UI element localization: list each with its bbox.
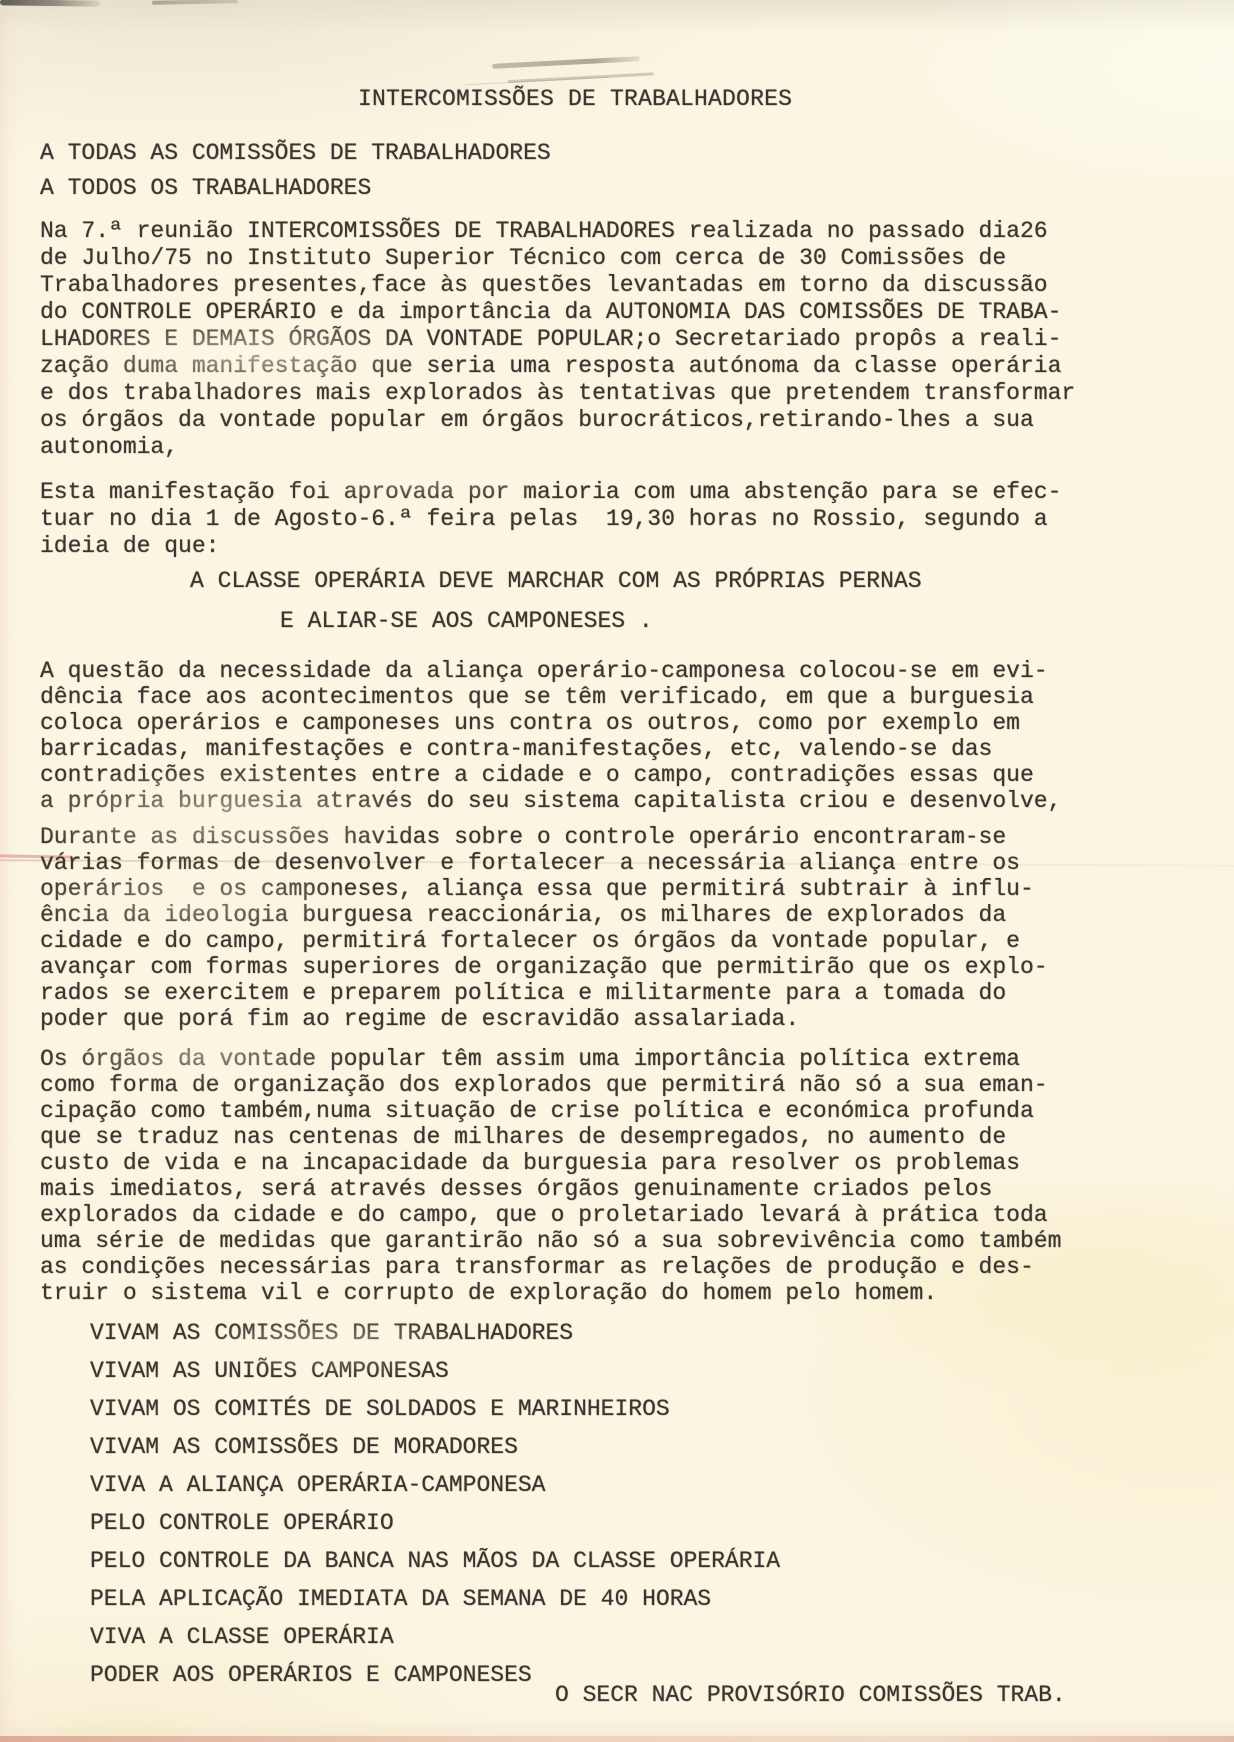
text-line: operários e os camponeses, aliança essa … [40,876,1196,902]
slogan-heading-line1: A CLASSE OPERÁRIA DEVE MARCHAR COM AS PR… [190,568,1196,594]
document-title: INTERCOMISSÕES DE TRABALHADORES [358,86,1196,112]
text-line: os órgãos da vontade popular em órgãos b… [40,407,1196,434]
text-line: LHADORES E DEMAIS ÓRGÃOS DA VONTADE POPU… [40,326,1196,353]
text-line: explorados da cidade e do campo, que o p… [40,1202,1196,1228]
text-line: coloca operários e camponeses uns contra… [40,710,1196,736]
text-line: dência face aos acontecimentos que se tê… [40,684,1196,710]
text-line: ideia de que: [40,533,1196,560]
text-line: autonomia, [40,434,1196,461]
text-line: contradições existentes entre a cidade e… [40,762,1196,788]
text-line: que se traduz nas centenas de milhares d… [40,1124,1196,1150]
paragraph-organs: Os órgãos da vontade popular têm assim u… [40,1046,1196,1306]
scan-edge [0,1736,1234,1742]
text-line: do CONTROLE OPERÁRIO e da importância da… [40,299,1196,326]
slogan-item: VIVAM OS COMITÉS DE SOLDADOS E MARINHEIR… [90,1390,1196,1428]
text-line: e dos trabalhadores mais explorados às t… [40,380,1196,407]
slogan-item: VIVAM AS COMISSÕES DE TRABALHADORES [90,1314,1196,1352]
text-line: Os órgãos da vontade popular têm assim u… [40,1046,1196,1072]
salutation: A TODAS AS COMISSÕES DE TRABALHADORESA T… [40,136,1196,206]
text-line: custo de vida e na incapacidade da burgu… [40,1150,1196,1176]
paragraph-discussions: Durante as discussões havidas sobre o co… [40,824,1196,1032]
text-line: Esta manifestação foi aprovada por maior… [40,479,1196,506]
text-line: poder que porá fim ao regime de escravid… [40,1006,1196,1032]
salutation-line: A TODOS OS TRABALHADORES [40,171,1196,206]
text-line: mais imediatos, será através desses órgã… [40,1176,1196,1202]
slogan-item: VIVA A CLASSE OPERÁRIA [90,1618,1196,1656]
text-line: avançar com formas superiores de organiz… [40,954,1196,980]
slogan-item: VIVA A ALIANÇA OPERÁRIA-CAMPONESA [90,1466,1196,1504]
text-line: zação duma manifestação que seria uma re… [40,353,1196,380]
slogan-list: VIVAM AS COMISSÕES DE TRABALHADORESVIVAM… [90,1314,1196,1694]
text-line: A questão da necessidade da aliança oper… [40,658,1196,684]
slogan-item: VIVAM AS UNIÕES CAMPONESAS [90,1352,1196,1390]
text-line: as condições necessárias para transforma… [40,1254,1196,1280]
paragraph-demonstration: Esta manifestação foi aprovada por maior… [40,479,1196,560]
slogan-item: PELO CONTROLE OPERÁRIO [90,1504,1196,1542]
text-line: cidade e do campo, permitirá fortalecer … [40,928,1196,954]
text-line: Na 7.ª reunião INTERCOMISSÕES DE TRABALH… [40,218,1196,245]
text-line: uma série de medidas que garantirão não … [40,1228,1196,1254]
slogan-heading-line2: E ALIAR-SE AOS CAMPONESES . [280,608,1196,634]
text-line: a própria burguesia através do seu siste… [40,788,1196,814]
text-line: tuar no dia 1 de Agosto-6.ª feira pelas … [40,506,1196,533]
salutation-line: A TODAS AS COMISSÕES DE TRABALHADORES [40,136,1196,171]
text-line: de Julho/75 no Instituto Superior Técnic… [40,245,1196,272]
text-line: rados se exercitem e preparem política e… [40,980,1196,1006]
signature-line: O SECR NAC PROVISÓRIO COMISSÕES TRAB. [555,1682,1196,1708]
text-line: truir o sistema vil e corrupto de explor… [40,1280,1196,1306]
slogan-item: PELA APLICAÇÃO IMEDIATA DA SEMANA DE 40 … [90,1580,1196,1618]
text-line: como forma de organização dos explorados… [40,1072,1196,1098]
text-line: várias formas de desenvolver e fortalece… [40,850,1196,876]
text-line: ência da ideologia burguesa reaccionária… [40,902,1196,928]
text-line: Trabalhadores presentes,face às questões… [40,272,1196,299]
scanned-leaflet: INTERCOMISSÕES DE TRABALHADORES A TODAS … [0,0,1234,1742]
slogan-item: PELO CONTROLE DA BANCA NAS MÃOS DA CLASS… [90,1542,1196,1580]
text-line: Durante as discussões havidas sobre o co… [40,824,1196,850]
text-line: cipação como também,numa situação de cri… [40,1098,1196,1124]
letter-content: INTERCOMISSÕES DE TRABALHADORES A TODAS … [0,0,1234,1708]
text-line: barricadas, manifestações e contra-manif… [40,736,1196,762]
slogan-item: VIVAM AS COMISSÕES DE MORADORES [90,1428,1196,1466]
paragraph-alliance: A questão da necessidade da aliança oper… [40,658,1196,814]
paragraph-meeting: Na 7.ª reunião INTERCOMISSÕES DE TRABALH… [40,218,1196,461]
